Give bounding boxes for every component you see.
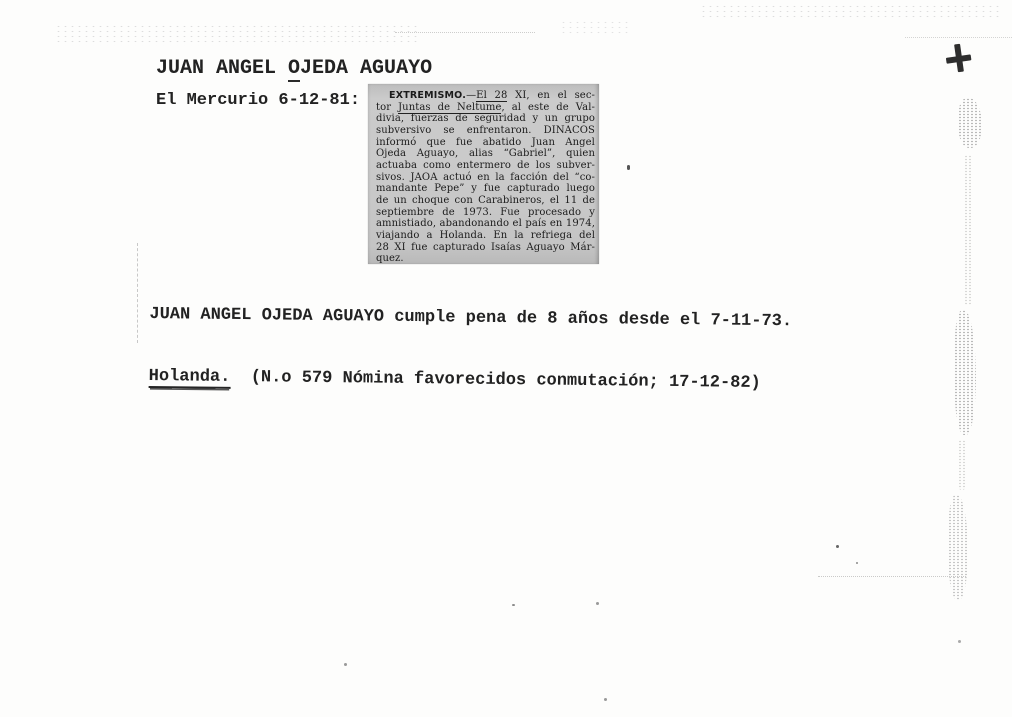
note-underlined-word: Holanda. bbox=[149, 366, 231, 388]
scan-noise-right-1 bbox=[958, 98, 982, 148]
scan-noise-right-2 bbox=[964, 155, 972, 305]
clipping-line: de un choque con Carabineros, el 11 de bbox=[376, 195, 595, 207]
speck-2 bbox=[856, 562, 858, 564]
scan-noise-top-center bbox=[560, 20, 630, 36]
stray-ink-mark bbox=[627, 165, 630, 170]
clipping-line: actuaba como entermero de los subver- bbox=[376, 160, 595, 172]
clipping-line: quez. bbox=[376, 253, 595, 265]
clipping-text: mandante Pepe” y fue capturado luego bbox=[376, 183, 595, 194]
clipping-text: , al este de Val- bbox=[501, 102, 595, 113]
clipping-text: — bbox=[466, 90, 476, 101]
subject-name-heading: JUAN ANGEL OJEDA AGUAYO bbox=[156, 57, 432, 81]
scan-noise-right-4 bbox=[958, 440, 966, 490]
speck-5 bbox=[344, 663, 347, 666]
clipping-line: informó que fue abatido Juan Angel bbox=[376, 137, 595, 149]
clipping-lead-word: EXTREMISMO. bbox=[389, 90, 466, 101]
speck-1 bbox=[836, 545, 839, 548]
clipping-text: subversivo se enfrentaron. DINACOS bbox=[376, 125, 595, 136]
clipping-underlined-text: Juntas de Neltume bbox=[398, 102, 501, 114]
clipping-text: sivos. JAOA actuó en la facción del “co- bbox=[376, 172, 595, 183]
clipping-text: divia, fuerzas de seguridad y un grupo bbox=[376, 113, 595, 124]
scan-noise-dotted-line-bottom bbox=[818, 576, 966, 577]
clipping-line: tor Juntas de Neltume, al este de Val- bbox=[376, 102, 595, 114]
scan-noise-top-left bbox=[55, 24, 420, 46]
clipping-text: quez. bbox=[376, 253, 404, 264]
clipping-underlined-text: El 28 bbox=[476, 90, 507, 102]
clipping-text: informó que fue abatido Juan Angel bbox=[376, 137, 595, 148]
scan-noise-dotted-line-corner bbox=[905, 37, 1012, 38]
clipping-text: actuaba como entermero de los subver- bbox=[376, 160, 595, 171]
subject-name-underlined-letter: O bbox=[288, 57, 300, 82]
speck-7 bbox=[958, 640, 961, 643]
subject-name-part1: JUAN ANGEL bbox=[156, 57, 288, 80]
scan-noise-dotted-line-top bbox=[395, 32, 535, 33]
subject-name-part2: JEDA AGUAYO bbox=[300, 57, 432, 80]
clipping-text: de un choque con Carabineros, el 11 de bbox=[376, 195, 595, 206]
clipping-text: 28 XI fue capturado Isaías Aguayo Már- bbox=[376, 242, 595, 253]
clipping-lines: EXTREMISMO.—El 28 XI, en el sec-tor Junt… bbox=[376, 90, 595, 265]
note-line-2: Holanda. (N.o 579 Nómina favorecidos con… bbox=[149, 366, 792, 394]
clipping-text: amnistiado, abandonando el país en 1974, bbox=[376, 218, 595, 229]
clipping-line: amnistiado, abandonando el país en 1974, bbox=[376, 218, 595, 230]
clipping-text: septiembre de 1973. Fue procesado y bbox=[376, 207, 595, 218]
clipping-line: Ojeda Aguayo, alias “Gabriel”, quien bbox=[376, 148, 595, 160]
note-line-1: JUAN ANGEL OJEDA AGUAYO cumple pena de 8… bbox=[149, 305, 792, 333]
clipping-text: tor bbox=[376, 102, 398, 113]
newspaper-clipping: EXTREMISMO.—El 28 XI, en el sec-tor Junt… bbox=[368, 84, 599, 264]
clipping-line: viajando a Holanda. En la refriega del bbox=[376, 230, 595, 242]
clipping-text: viajando a Holanda. En la refriega del bbox=[376, 230, 595, 241]
speck-3 bbox=[512, 604, 515, 606]
speck-6 bbox=[604, 698, 607, 701]
speck-4 bbox=[596, 602, 599, 605]
clipping-line: sivos. JAOA actuó en la facción del “co- bbox=[376, 172, 595, 184]
clipping-text: Ojeda Aguayo, alias “Gabriel”, quien bbox=[376, 148, 595, 159]
scan-noise-top-right bbox=[700, 4, 1000, 20]
clipping-line: 28 XI fue capturado Isaías Aguayo Már- bbox=[376, 242, 595, 254]
source-citation-line: El Mercurio 6-12-81: bbox=[156, 90, 360, 111]
clipping-line: septiembre de 1973. Fue procesado y bbox=[376, 207, 595, 219]
clipping-text: XI, en el sec- bbox=[507, 90, 595, 101]
registration-cross-mark bbox=[943, 42, 975, 74]
left-margin-dashed-line bbox=[137, 243, 138, 343]
clipping-line: EXTREMISMO.—El 28 XI, en el sec- bbox=[376, 90, 595, 102]
scanned-document-page: JUAN ANGEL OJEDA AGUAYO El Mercurio 6-12… bbox=[0, 0, 1012, 717]
clipping-line: divia, fuerzas de seguridad y un grupo bbox=[376, 113, 595, 125]
note-line-2-rest: (N.o 579 Nómina favorecidos conmutación;… bbox=[230, 367, 761, 392]
typed-annotation-note: JUAN ANGEL OJEDA AGUAYO cumple pena de 8… bbox=[148, 264, 793, 435]
clipping-line: mandante Pepe” y fue capturado luego bbox=[376, 183, 595, 195]
clipping-line: subversivo se enfrentaron. DINACOS bbox=[376, 125, 595, 137]
scan-noise-right-5 bbox=[948, 495, 968, 600]
scan-noise-right-3 bbox=[954, 310, 976, 435]
